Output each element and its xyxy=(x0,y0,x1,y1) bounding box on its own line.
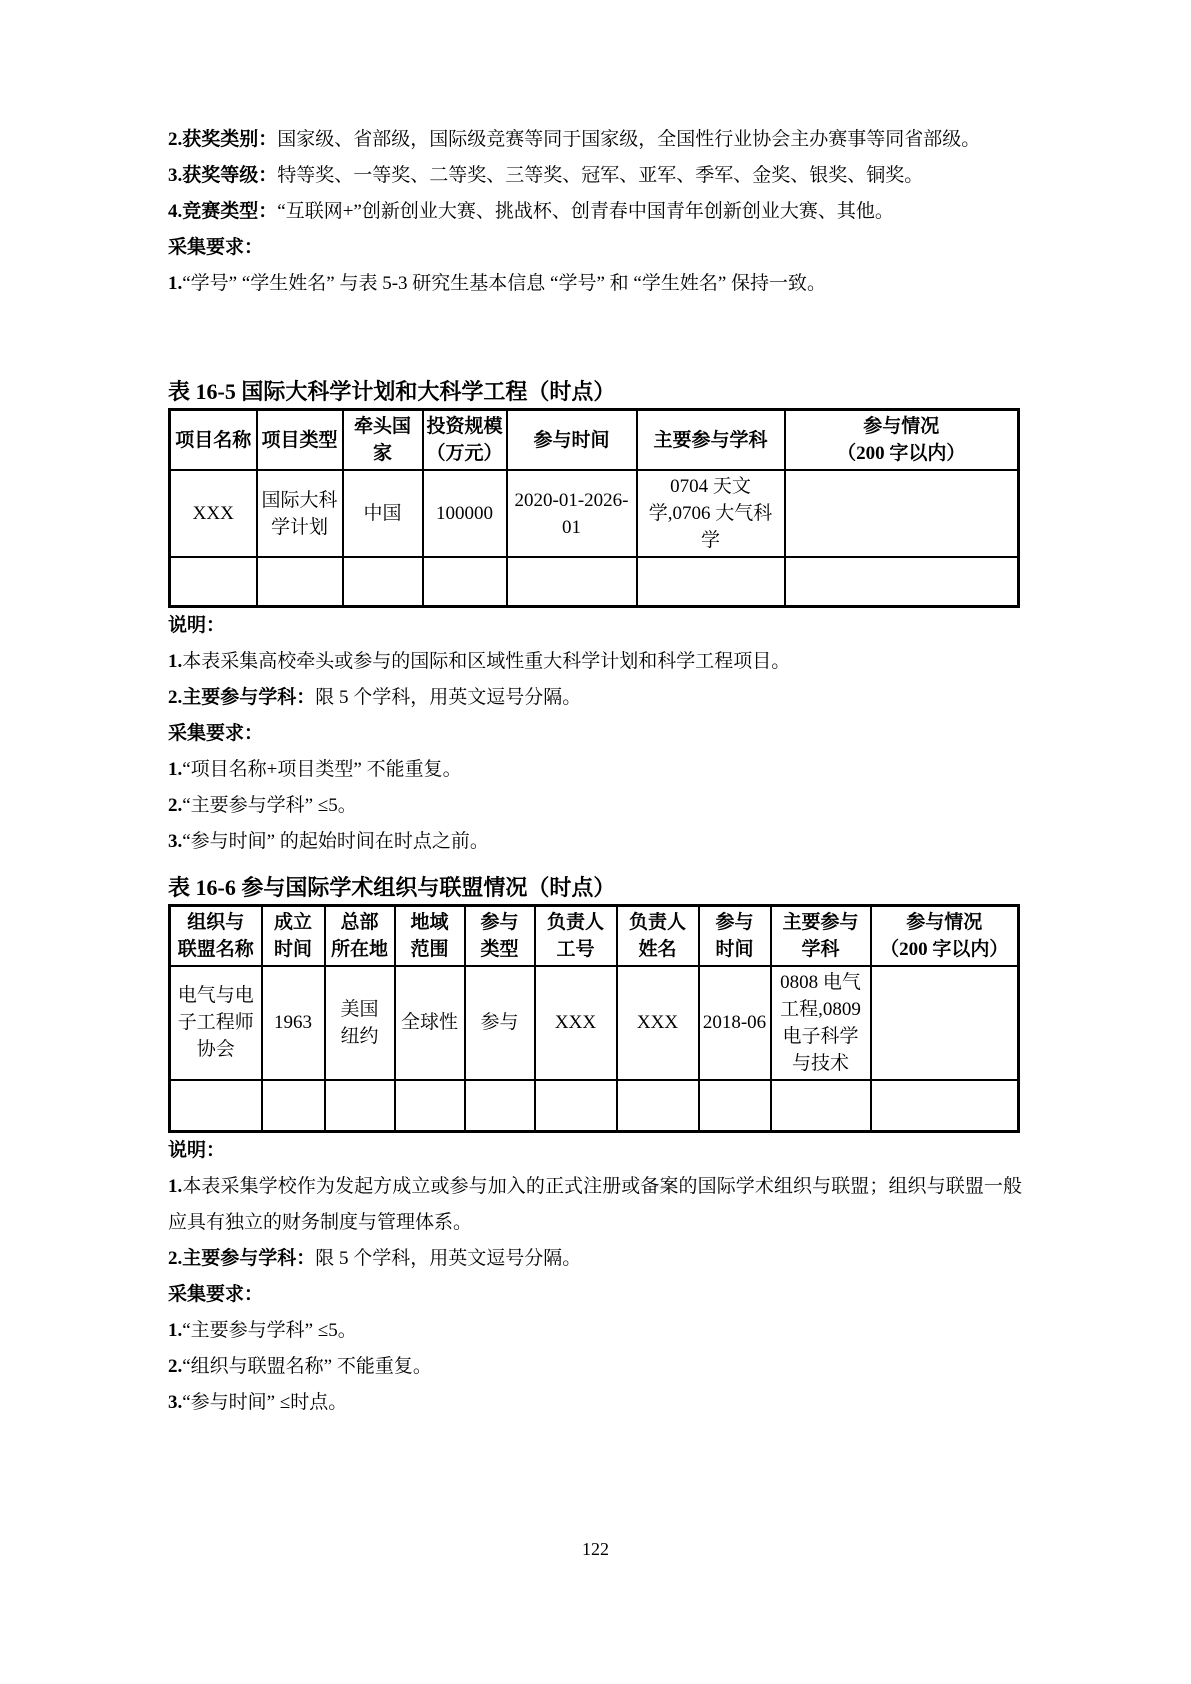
collect-item: 3.“参与时间” ≤时点。 xyxy=(168,1385,1022,1421)
header-lead-country: 牵头国家 xyxy=(343,410,423,471)
collect-item: 1.“项目名称+项目类型” 不能重复。 xyxy=(168,752,1022,788)
table-cell xyxy=(257,557,343,606)
note-item: 1.本表采集学校作为发起方成立或参与加入的正式注册或备案的国际学术组织与联盟；组… xyxy=(168,1169,1022,1241)
table-16-5: 项目名称 项目类型 牵头国家 投资规模 （万元） 参与时间 主要参与学科 参与情… xyxy=(168,408,1020,608)
table-cell xyxy=(465,1080,535,1132)
table-cell: 参与 xyxy=(465,966,535,1080)
table-cell xyxy=(871,1080,1019,1132)
note-item: 1.本表采集高校牵头或参与的国际和区域性重大科学计划和科学工程项目。 xyxy=(168,644,1022,680)
note-item: 2.主要参与学科：限 5 个学科，用英文逗号分隔。 xyxy=(168,680,1022,716)
table-16-6: 组织与 联盟名称 成立 时间 总部 所在地 地域 范围 参与 类型 负责人 工号… xyxy=(168,904,1020,1134)
para-text: 本表采集学校作为发起方成立或参与加入的正式注册或备案的国际学术组织与联盟；组织与… xyxy=(168,1176,1022,1233)
table-cell: 中国 xyxy=(343,470,423,557)
para-label: 1. xyxy=(168,759,182,780)
para-label: 4.竞赛类型： xyxy=(168,201,277,222)
para-text: 国家级、省部级，国际级竞赛等同于国家级，全国性行业协会主办赛事等同省部级。 xyxy=(277,129,980,150)
header-leader-name: 负责人 姓名 xyxy=(617,905,699,966)
table-cell xyxy=(262,1080,325,1132)
header-row: 项目名称 项目类型 牵头国家 投资规模 （万元） 参与时间 主要参与学科 参与情… xyxy=(170,410,1019,471)
header-org-name: 组织与 联盟名称 xyxy=(170,905,262,966)
para-label: 3.获奖等级： xyxy=(168,165,277,186)
para-text: “项目名称+项目类型” 不能重复。 xyxy=(182,759,461,780)
table-cell xyxy=(699,1080,771,1132)
collect-item: 1.“主要参与学科” ≤5。 xyxy=(168,1313,1022,1349)
collect-item: 1.“学号” “学生姓名” 与表 5-3 研究生基本信息 “学号” 和 “学生姓… xyxy=(168,266,1022,302)
para-label: 2. xyxy=(168,795,182,816)
para-text: “参与时间” 的起始时间在时点之前。 xyxy=(182,831,489,852)
table-cell xyxy=(343,557,423,606)
header-main-disciplines: 主要参与学科 xyxy=(637,410,785,471)
para-label: 2.获奖类别： xyxy=(168,129,277,150)
header-participation-desc: 参与情况 （200 字以内） xyxy=(871,905,1019,966)
para-award-grade: 3.获奖等级：特等奖、一等奖、二等奖、三等奖、冠军、亚军、季军、金奖、银奖、铜奖… xyxy=(168,158,1022,194)
para-label: 3. xyxy=(168,1392,182,1413)
para-competition-type: 4.竞赛类型：“互联网+”创新创业大赛、挑战杯、创青春中国青年创新创业大赛、其他… xyxy=(168,194,1022,230)
table-cell xyxy=(785,557,1019,606)
notes-heading: 说明： xyxy=(168,1133,1022,1169)
collect-item: 2.“组织与联盟名称” 不能重复。 xyxy=(168,1349,1022,1385)
table-row-empty xyxy=(170,557,1019,606)
table-cell xyxy=(170,557,257,606)
table-cell: XXX xyxy=(170,470,257,557)
table-cell: 0808 电气工程,0809 电子科学与技术 xyxy=(771,966,871,1080)
para-label: 1. xyxy=(168,1320,182,1341)
header-participation-time: 参与时间 xyxy=(507,410,637,471)
para-label: 1. xyxy=(168,651,182,672)
table-cell xyxy=(325,1080,395,1132)
para-label: 1. xyxy=(168,1176,182,1197)
table-cell: 2018-06 xyxy=(699,966,771,1080)
table-16-5-title: 表 16-5 国际大科学计划和大科学工程（时点） xyxy=(168,376,1022,408)
page-number: 122 xyxy=(0,1538,1191,1560)
collect-requirements-heading: 采集要求： xyxy=(168,716,1022,752)
header-row: 组织与 联盟名称 成立 时间 总部 所在地 地域 范围 参与 类型 负责人 工号… xyxy=(170,905,1019,966)
para-text: 本表采集高校牵头或参与的国际和区域性重大科学计划和科学工程项目。 xyxy=(182,651,790,672)
table-cell xyxy=(423,557,507,606)
header-project-name: 项目名称 xyxy=(170,410,257,471)
table-cell: XXX xyxy=(535,966,617,1080)
para-text: “组织与联盟名称” 不能重复。 xyxy=(182,1356,432,1377)
page-content: 2.获奖类别：国家级、省部级，国际级竞赛等同于国家级，全国性行业协会主办赛事等同… xyxy=(168,122,1022,1421)
para-text: 限 5 个学科，用英文逗号分隔。 xyxy=(315,1248,581,1269)
table-cell xyxy=(771,1080,871,1132)
collect-item: 3.“参与时间” 的起始时间在时点之前。 xyxy=(168,824,1022,860)
table-cell: 1963 xyxy=(262,966,325,1080)
table-16-6-title: 表 16-6 参与国际学术组织与联盟情况（时点） xyxy=(168,872,1022,904)
table-row: XXX 国际大科学计划 中国 100000 2020-01-2026-01 07… xyxy=(170,470,1019,557)
para-label: 2. xyxy=(168,1356,182,1377)
table-cell: 0704 天文学,0706 大气科学 xyxy=(637,470,785,557)
header-participation-type: 参与 类型 xyxy=(465,905,535,966)
header-region-scope: 地域 范围 xyxy=(395,905,465,966)
header-project-type: 项目类型 xyxy=(257,410,343,471)
header-investment-scale: 投资规模 （万元） xyxy=(423,410,507,471)
collect-requirements-heading: 采集要求： xyxy=(168,230,1022,266)
para-text: 限 5 个学科，用英文逗号分隔。 xyxy=(315,687,581,708)
para-label: 2.主要参与学科： xyxy=(168,1248,315,1269)
table-cell xyxy=(395,1080,465,1132)
table-cell: 100000 xyxy=(423,470,507,557)
document-page: 2.获奖类别：国家级、省部级，国际级竞赛等同于国家级，全国性行业协会主办赛事等同… xyxy=(0,0,1191,1684)
table-cell: XXX xyxy=(617,966,699,1080)
para-text: “互联网+”创新创业大赛、挑战杯、创青春中国青年创新创业大赛、其他。 xyxy=(277,201,894,222)
notes-heading: 说明： xyxy=(168,608,1022,644)
table-row: 电气与电子工程师协会 1963 美国 纽约 全球性 参与 XXX XXX 201… xyxy=(170,966,1019,1080)
header-leader-id: 负责人 工号 xyxy=(535,905,617,966)
table-row-empty xyxy=(170,1080,1019,1132)
header-main-disciplines: 主要参与 学科 xyxy=(771,905,871,966)
table-cell xyxy=(535,1080,617,1132)
header-founding-time: 成立 时间 xyxy=(262,905,325,966)
table-cell xyxy=(871,966,1019,1080)
para-text: “参与时间” ≤时点。 xyxy=(182,1392,347,1413)
para-text: “主要参与学科” ≤5。 xyxy=(182,1320,357,1341)
collect-requirements-heading: 采集要求： xyxy=(168,1277,1022,1313)
table-cell: 全球性 xyxy=(395,966,465,1080)
table-cell: 2020-01-2026-01 xyxy=(507,470,637,557)
header-participation-desc: 参与情况 （200 字以内） xyxy=(785,410,1019,471)
table-cell: 美国 纽约 xyxy=(325,966,395,1080)
table-cell xyxy=(507,557,637,606)
para-award-category: 2.获奖类别：国家级、省部级，国际级竞赛等同于国家级，全国性行业协会主办赛事等同… xyxy=(168,122,1022,158)
para-text: “学号” “学生姓名” 与表 5-3 研究生基本信息 “学号” 和 “学生姓名”… xyxy=(182,273,826,294)
header-hq-location: 总部 所在地 xyxy=(325,905,395,966)
collect-item: 2.“主要参与学科” ≤5。 xyxy=(168,788,1022,824)
para-text: 特等奖、一等奖、二等奖、三等奖、冠军、亚军、季军、金奖、银奖、铜奖。 xyxy=(277,165,923,186)
table-cell xyxy=(637,557,785,606)
para-label: 3. xyxy=(168,831,182,852)
note-item: 2.主要参与学科：限 5 个学科，用英文逗号分隔。 xyxy=(168,1241,1022,1277)
header-participation-time: 参与 时间 xyxy=(699,905,771,966)
table-cell: 电气与电子工程师协会 xyxy=(170,966,262,1080)
table-cell xyxy=(617,1080,699,1132)
table-cell: 国际大科学计划 xyxy=(257,470,343,557)
table-cell xyxy=(785,470,1019,557)
para-label: 2.主要参与学科： xyxy=(168,687,315,708)
para-text: “主要参与学科” ≤5。 xyxy=(182,795,357,816)
para-label: 1. xyxy=(168,273,182,294)
table-cell xyxy=(170,1080,262,1132)
